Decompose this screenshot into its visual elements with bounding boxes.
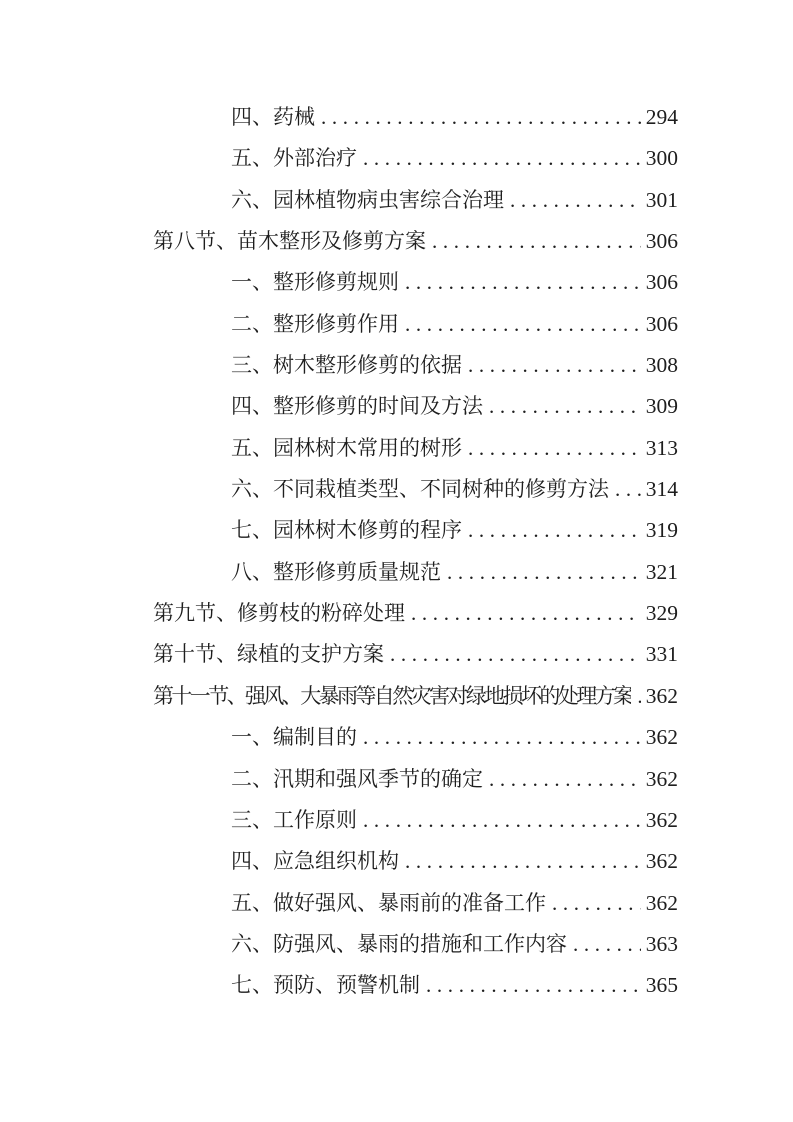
toc-entry[interactable]: 五、外部治疗 . . . . . . . . . . . . . . . . .… (0, 138, 793, 179)
dot-leader: . . . . . . . . . . . . . . . . . . . . … (363, 138, 641, 179)
dot-leader: . . . . . . . . . . . . . . . . . . . . … (405, 262, 641, 303)
toc-entry-page-number: 362 (646, 676, 678, 717)
toc-entry-label: 二、汛期和强风季节的确定 (231, 759, 483, 800)
toc-entry[interactable]: 四、应急组织机构 . . . . . . . . . . . . . . . .… (0, 841, 793, 882)
toc-entry-page-number: 306 (646, 262, 678, 303)
toc-entry[interactable]: 三、工作原则 . . . . . . . . . . . . . . . . .… (0, 800, 793, 841)
dot-leader: . . . . . . . . . . . . . . . . . . . . … (468, 345, 641, 386)
toc-entry[interactable]: 六、不同栽植类型、不同树种的修剪方法 . . . . . . . . . . .… (0, 469, 793, 510)
toc-entry-label: 六、不同栽植类型、不同树种的修剪方法 (231, 469, 609, 510)
dot-leader: . . . . . . . . . . . . . . . . . . . . … (447, 552, 641, 593)
dot-leader: . . . . . . . . . . . . . . . . . . . . … (363, 800, 641, 841)
toc-entry-label: 三、树木整形修剪的依据 (231, 345, 462, 386)
dot-leader: . . . . . . . . . . . . . . . . . . . . … (468, 428, 641, 469)
toc-entry-label: 三、工作原则 (231, 800, 357, 841)
toc-entry[interactable]: 七、园林树木修剪的程序 . . . . . . . . . . . . . . … (0, 510, 793, 551)
dot-leader: . . . . . . . . . . . . . . . . . . . . … (637, 676, 640, 717)
toc-entry[interactable]: 二、汛期和强风季节的确定 . . . . . . . . . . . . . .… (0, 759, 793, 800)
toc-entry-label: 第十节、绿植的支护方案 (153, 634, 384, 675)
toc-entry-page-number: 363 (646, 924, 678, 965)
toc-entry-page-number: 362 (646, 759, 678, 800)
dot-leader: . . . . . . . . . . . . . . . . . . . . … (411, 593, 641, 634)
dot-leader: . . . . . . . . . . . . . . . . . . . . … (573, 924, 641, 965)
dot-leader: . . . . . . . . . . . . . . . . . . . . … (390, 634, 641, 675)
toc-entry-page-number: 313 (646, 428, 678, 469)
toc-entry-label: 四、应急组织机构 (231, 841, 399, 882)
toc-entry-label: 第九节、修剪枝的粉碎处理 (153, 593, 405, 634)
toc-entry-page-number: 306 (646, 221, 678, 262)
toc-entry-label: 四、整形修剪的时间及方法 (231, 386, 483, 427)
toc-entry[interactable]: 七、预防、预警机制 . . . . . . . . . . . . . . . … (0, 965, 793, 1006)
toc-entry[interactable]: 第八节、苗木整形及修剪方案 . . . . . . . . . . . . . … (0, 221, 793, 262)
toc-entry[interactable]: 五、做好强风、暴雨前的准备工作 . . . . . . . . . . . . … (0, 883, 793, 924)
toc-entry-page-number: 314 (646, 469, 678, 510)
toc-entry-label: 第八节、苗木整形及修剪方案 (153, 221, 426, 262)
toc-entry[interactable]: 六、园林植物病虫害综合治理 . . . . . . . . . . . . . … (0, 180, 793, 221)
dot-leader: . . . . . . . . . . . . . . . . . . . . … (615, 469, 641, 510)
toc-entry-label: 五、做好强风、暴雨前的准备工作 (231, 883, 546, 924)
dot-leader: . . . . . . . . . . . . . . . . . . . . … (321, 97, 641, 138)
toc-entry-page-number: 308 (646, 345, 678, 386)
toc-entry[interactable]: 三、树木整形修剪的依据 . . . . . . . . . . . . . . … (0, 345, 793, 386)
toc-entry[interactable]: 第九节、修剪枝的粉碎处理 . . . . . . . . . . . . . .… (0, 593, 793, 634)
toc-entry-page-number: 362 (646, 800, 678, 841)
dot-leader: . . . . . . . . . . . . . . . . . . . . … (363, 717, 641, 758)
table-of-contents: 四、药械 . . . . . . . . . . . . . . . . . .… (0, 97, 793, 1007)
toc-entry[interactable]: 二、整形修剪作用 . . . . . . . . . . . . . . . .… (0, 304, 793, 345)
dot-leader: . . . . . . . . . . . . . . . . . . . . … (489, 759, 641, 800)
dot-leader: . . . . . . . . . . . . . . . . . . . . … (426, 965, 641, 1006)
dot-leader: . . . . . . . . . . . . . . . . . . . . … (405, 841, 641, 882)
toc-entry-page-number: 300 (646, 138, 678, 179)
toc-entry[interactable]: 四、整形修剪的时间及方法 . . . . . . . . . . . . . .… (0, 386, 793, 427)
toc-entry[interactable]: 四、药械 . . . . . . . . . . . . . . . . . .… (0, 97, 793, 138)
toc-entry-label: 五、外部治疗 (231, 138, 357, 179)
toc-entry-label: 五、园林树木常用的树形 (231, 428, 462, 469)
toc-entry-label: 第十一节、强风、大暴雨等自然灾害对绿地损坏的处理方案 (153, 676, 631, 717)
dot-leader: . . . . . . . . . . . . . . . . . . . . … (489, 386, 641, 427)
toc-entry-page-number: 294 (646, 97, 678, 138)
toc-entry[interactable]: 八、整形修剪质量规范 . . . . . . . . . . . . . . .… (0, 552, 793, 593)
toc-entry-page-number: 321 (646, 552, 678, 593)
toc-entry-label: 八、整形修剪质量规范 (231, 552, 441, 593)
toc-entry[interactable]: 第十节、绿植的支护方案 . . . . . . . . . . . . . . … (0, 634, 793, 675)
toc-entry-label: 四、药械 (231, 97, 315, 138)
toc-entry-page-number: 362 (646, 841, 678, 882)
toc-entry-label: 六、防强风、暴雨的措施和工作内容 (231, 924, 567, 965)
toc-entry-label: 七、预防、预警机制 (231, 965, 420, 1006)
toc-entry[interactable]: 六、防强风、暴雨的措施和工作内容 . . . . . . . . . . . .… (0, 924, 793, 965)
document-page: 四、药械 . . . . . . . . . . . . . . . . . .… (0, 0, 793, 1122)
toc-entry-page-number: 306 (646, 304, 678, 345)
toc-entry-label: 六、园林植物病虫害综合治理 (231, 180, 504, 221)
toc-entry-page-number: 301 (646, 180, 678, 221)
toc-entry-label: 七、园林树木修剪的程序 (231, 510, 462, 551)
toc-entry-page-number: 331 (646, 634, 678, 675)
dot-leader: . . . . . . . . . . . . . . . . . . . . … (432, 221, 641, 262)
dot-leader: . . . . . . . . . . . . . . . . . . . . … (510, 180, 641, 221)
toc-entry-page-number: 309 (646, 386, 678, 427)
toc-entry-label: 二、整形修剪作用 (231, 304, 399, 345)
toc-entry-page-number: 362 (646, 883, 678, 924)
dot-leader: . . . . . . . . . . . . . . . . . . . . … (552, 883, 641, 924)
toc-entry[interactable]: 五、园林树木常用的树形 . . . . . . . . . . . . . . … (0, 428, 793, 469)
toc-entry-page-number: 329 (646, 593, 678, 634)
dot-leader: . . . . . . . . . . . . . . . . . . . . … (405, 304, 641, 345)
toc-entry-label: 一、编制目的 (231, 717, 357, 758)
dot-leader: . . . . . . . . . . . . . . . . . . . . … (468, 510, 641, 551)
toc-entry[interactable]: 一、整形修剪规则 . . . . . . . . . . . . . . . .… (0, 262, 793, 303)
toc-entry-page-number: 362 (646, 717, 678, 758)
toc-entry[interactable]: 一、编制目的 . . . . . . . . . . . . . . . . .… (0, 717, 793, 758)
toc-entry-label: 一、整形修剪规则 (231, 262, 399, 303)
toc-entry-page-number: 319 (646, 510, 678, 551)
toc-entry-page-number: 365 (646, 965, 678, 1006)
toc-entry[interactable]: 第十一节、强风、大暴雨等自然灾害对绿地损坏的处理方案 . . . . . . .… (0, 676, 793, 717)
